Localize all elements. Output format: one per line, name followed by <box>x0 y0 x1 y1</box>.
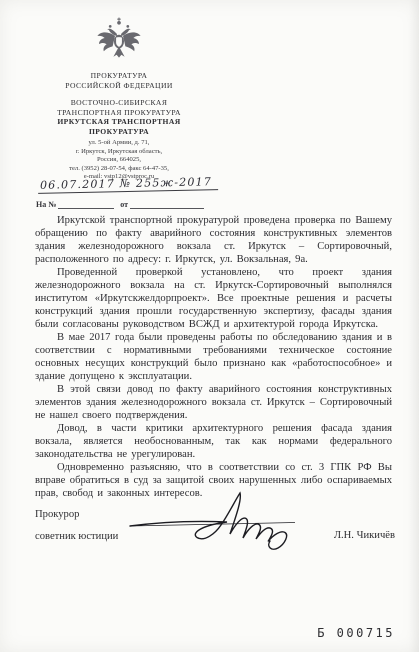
paragraph: Проведенной проверкой установлено, что п… <box>35 266 392 331</box>
ot-label: от <box>120 200 128 209</box>
scan-edge-shading <box>409 0 419 652</box>
org-name-top-1: ПРОКУРАТУРА <box>30 71 208 81</box>
form-number-stamp: Б 000715 <box>317 626 395 640</box>
signatory-name: Л.Н. Чикичёв <box>334 530 395 541</box>
paragraph: В мае 2017 года были проведены работы по… <box>35 331 392 383</box>
handwritten-signature <box>127 489 342 555</box>
org-name-top-2: РОССИЙСКОЙ ФЕДЕРАЦИИ <box>30 81 208 91</box>
coat-of-arms-icon <box>95 14 143 66</box>
reference-number-blank <box>58 200 114 209</box>
reference-date-blank <box>130 200 204 209</box>
org-name-mid-1: ВОСТОЧНО-СИБИРСКАЯ <box>30 98 208 108</box>
address-line: тел. (3952) 28-07-54, факс 64-47-35, <box>30 165 208 174</box>
na-label: На № <box>36 200 56 209</box>
paragraph: Довод, в части критики архитектурного ре… <box>35 422 392 461</box>
org-name-main-2: ПРОКУРАТУРА <box>30 127 208 137</box>
address-line: ул. 5-ой Армии, д. 71, <box>30 139 208 148</box>
handwritten-reference-number: 06.07.2017 № 255ж-2017 <box>38 175 218 194</box>
paragraph: Иркутской транспортной прокуратурой пров… <box>35 214 392 266</box>
address-line: г. Иркутск, Иркутская область, <box>30 148 208 157</box>
address-line: Россия, 664025, <box>30 156 208 165</box>
reference-line: На № от <box>36 200 204 209</box>
letter-body: Иркутской транспортной прокуратурой пров… <box>35 214 392 500</box>
org-name-main-1: ИРКУТСКАЯ ТРАНСПОРТНАЯ <box>30 117 208 127</box>
signatory-position: Прокурор <box>35 509 79 520</box>
org-name-mid-2: ТРАНСПОРТНАЯ ПРОКУРАТУРА <box>30 108 208 118</box>
signature-block: Прокурор советник юстиции Л.Н. Чикичёв <box>35 503 395 573</box>
letterhead: ПРОКУРАТУРА РОССИЙСКОЙ ФЕДЕРАЦИИ ВОСТОЧН… <box>30 14 208 182</box>
signatory-rank: советник юстиции <box>35 531 118 542</box>
scanned-letter-page: ПРОКУРАТУРА РОССИЙСКОЙ ФЕДЕРАЦИИ ВОСТОЧН… <box>0 0 419 652</box>
paragraph: В этой связи довод по факту аварийного с… <box>35 383 392 422</box>
